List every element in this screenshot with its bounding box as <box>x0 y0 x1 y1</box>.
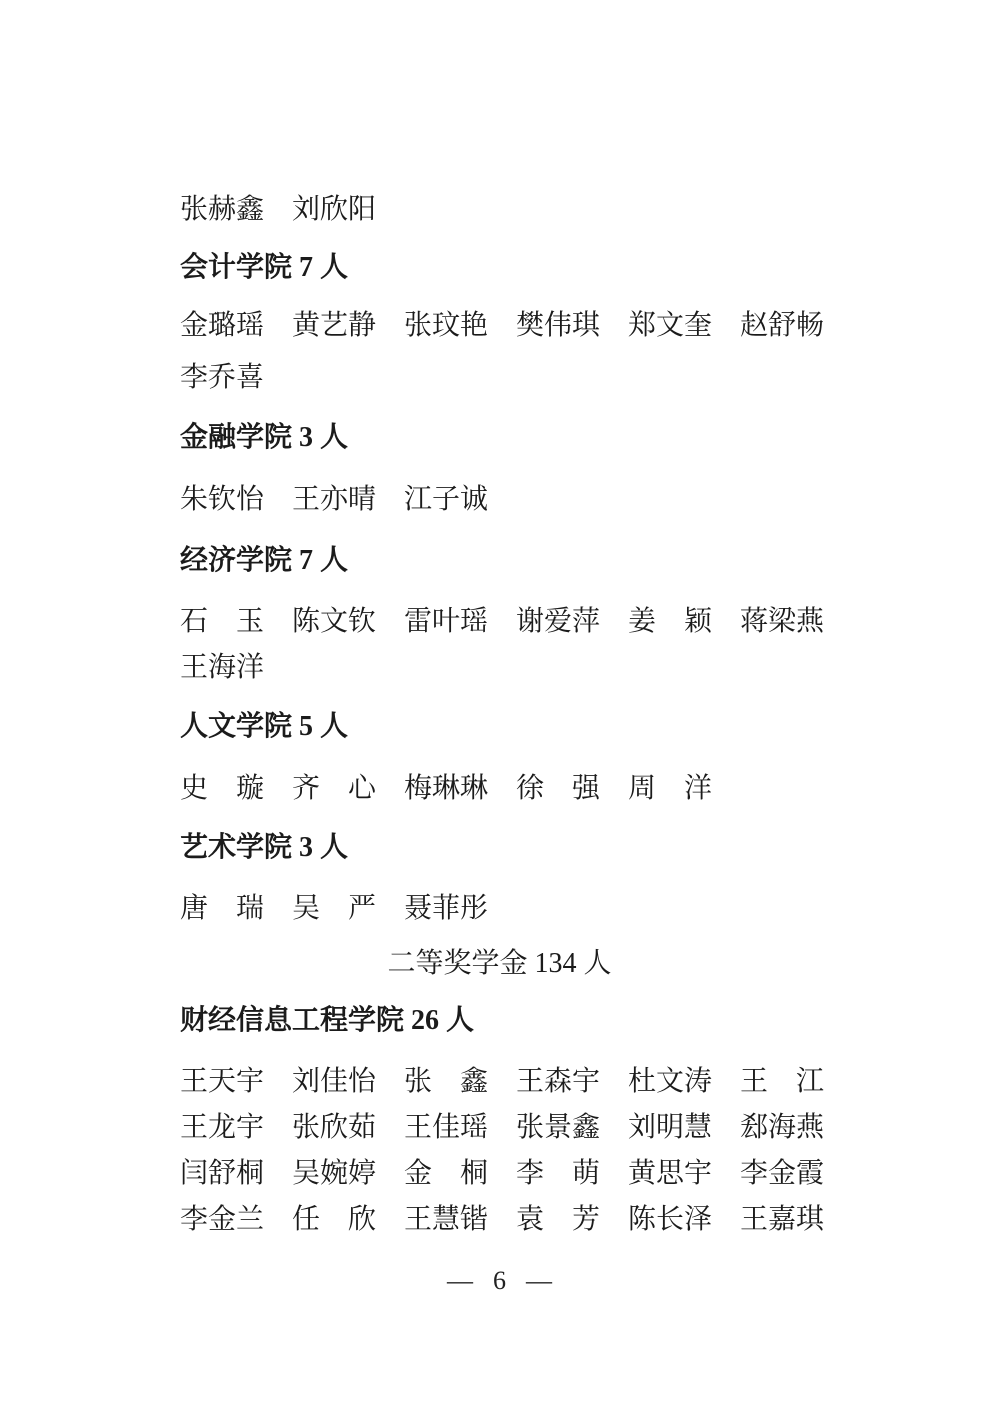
names-row: 张赫鑫 刘欣阳 <box>180 192 376 228</box>
college-heading: 会计学院 7 人 <box>180 250 348 286</box>
college-heading: 艺术学院 3 人 <box>180 830 348 866</box>
names-row: 朱钦怡 王亦晴 江子诚 <box>180 482 488 518</box>
names-row: 史 璇 齐 心 梅琳琳 徐 强 周 洋 <box>180 771 712 807</box>
college-heading: 金融学院 3 人 <box>180 420 348 456</box>
footer-dash-left: — <box>447 1266 473 1296</box>
college-heading: 经济学院 7 人 <box>180 543 348 579</box>
names-row: 闫舒桐 吴婉婷 金 桐 李 萌 黄思宇 李金霞 <box>180 1156 824 1192</box>
award-title: 二等奖学金 134 人 <box>0 946 999 982</box>
names-row: 李金兰 任 欣 王慧锴 袁 芳 陈长泽 王嘉琪 <box>180 1202 824 1238</box>
names-row: 王海洋 <box>180 650 264 686</box>
college-heading: 人文学院 5 人 <box>180 709 348 745</box>
names-row: 唐 瑞 吴 严 聂菲彤 <box>180 891 488 927</box>
document-page: 张赫鑫 刘欣阳 会计学院 7 人 金璐瑶 黄艺静 张玟艳 樊伟琪 郑文奎 赵舒畅… <box>0 0 999 1414</box>
footer-dash-right: — <box>526 1266 552 1296</box>
page-footer: — 6 — <box>0 1266 999 1296</box>
page-number: 6 <box>493 1266 506 1296</box>
names-row: 王龙宇 张欣茹 王佳瑶 张景鑫 刘明慧 郄海燕 <box>180 1110 824 1146</box>
names-row: 金璐瑶 黄艺静 张玟艳 樊伟琪 郑文奎 赵舒畅 <box>180 308 824 344</box>
names-row: 石 玉 陈文钦 雷叶瑶 谢爱萍 姜 颖 蒋梁燕 <box>180 604 824 640</box>
names-row: 王天宇 刘佳怡 张 鑫 王森宇 杜文涛 王 江 <box>180 1064 824 1100</box>
college-heading: 财经信息工程学院 26 人 <box>180 1003 474 1039</box>
names-row: 李乔喜 <box>180 360 264 396</box>
